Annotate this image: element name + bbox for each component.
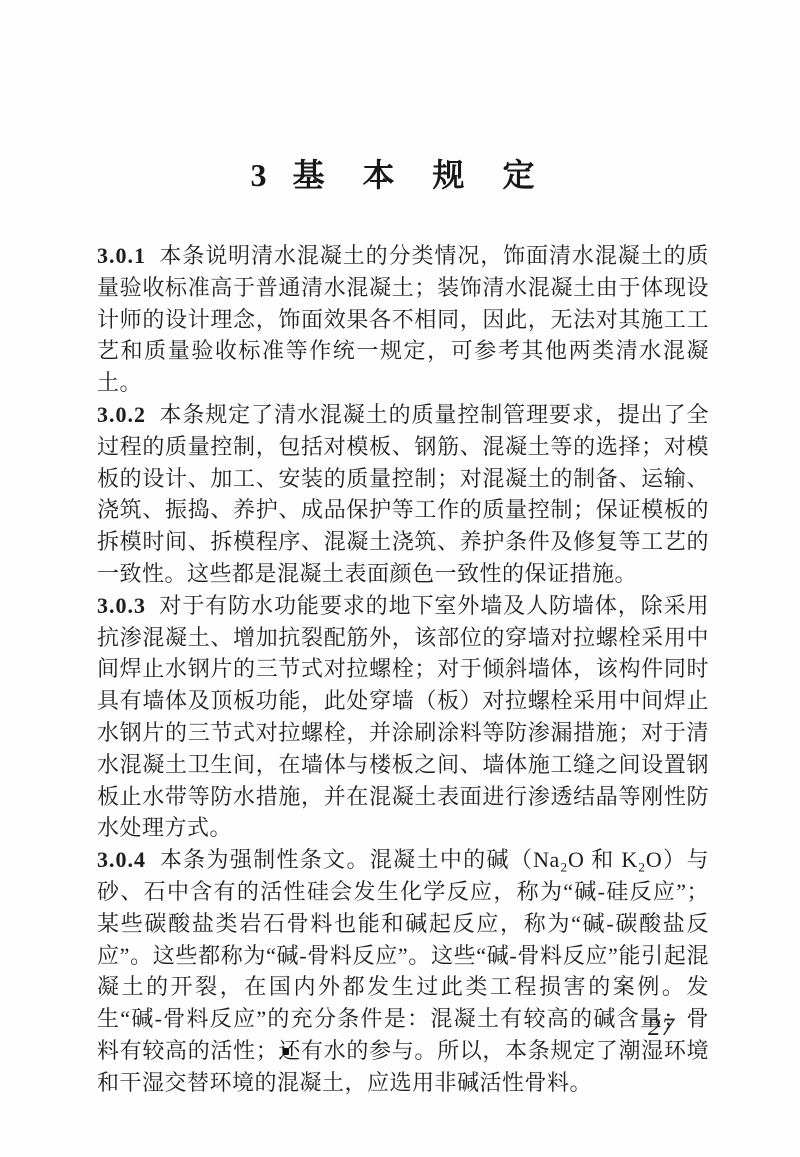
section-text: 对于有防水功能要求的地下室外墙及人防墙体，除采用抗渗混凝土、增加抗裂配筋外，该部… [97, 593, 709, 841]
chapter-heading: 3基 本 规 定 [0, 150, 800, 196]
ink-spot-mark [283, 1048, 289, 1055]
section-number: 3.0.2 [97, 402, 146, 427]
scanned-document-page: 3基 本 规 定 3.0.1本条说明清水混凝土的分类情况，饰面清水混凝土的质量验… [0, 0, 800, 1157]
section-3-0-4: 3.0.4本条为强制性条文。混凝土中的碱（Na₂O 和 K₂O）与砂、石中含有的… [97, 844, 709, 1098]
section-3-0-2: 3.0.2本条规定了清水混凝土的质量控制管理要求，提出了全过程的质量控制，包括对… [97, 399, 709, 590]
body-text: 3.0.1本条说明清水混凝土的分类情况，饰面清水混凝土的质量验收标准高于普通清水… [97, 240, 709, 1099]
section-text: 本条规定了清水混凝土的质量控制管理要求，提出了全过程的质量控制，包括对模板、钢筋… [97, 402, 709, 586]
section-number: 3.0.1 [97, 243, 146, 268]
section-number: 3.0.3 [97, 593, 146, 618]
section-text: 本条说明清水混凝土的分类情况，饰面清水混凝土的质量验收标准高于普通清水混凝土；装… [97, 243, 709, 395]
chapter-title: 基 本 规 定 [292, 157, 549, 193]
page-number: 27 [648, 1014, 675, 1042]
section-text: 本条为强制性条文。混凝土中的碱（Na₂O 和 K₂O）与砂、石中含有的活性硅会发… [97, 847, 709, 1095]
section-3-0-1: 3.0.1本条说明清水混凝土的分类情况，饰面清水混凝土的质量验收标准高于普通清水… [97, 240, 709, 399]
chapter-number: 3 [250, 157, 266, 193]
section-number: 3.0.4 [97, 847, 146, 872]
section-3-0-3: 3.0.3对于有防水功能要求的地下室外墙及人防墙体，除采用抗渗混凝土、增加抗裂配… [97, 590, 709, 844]
